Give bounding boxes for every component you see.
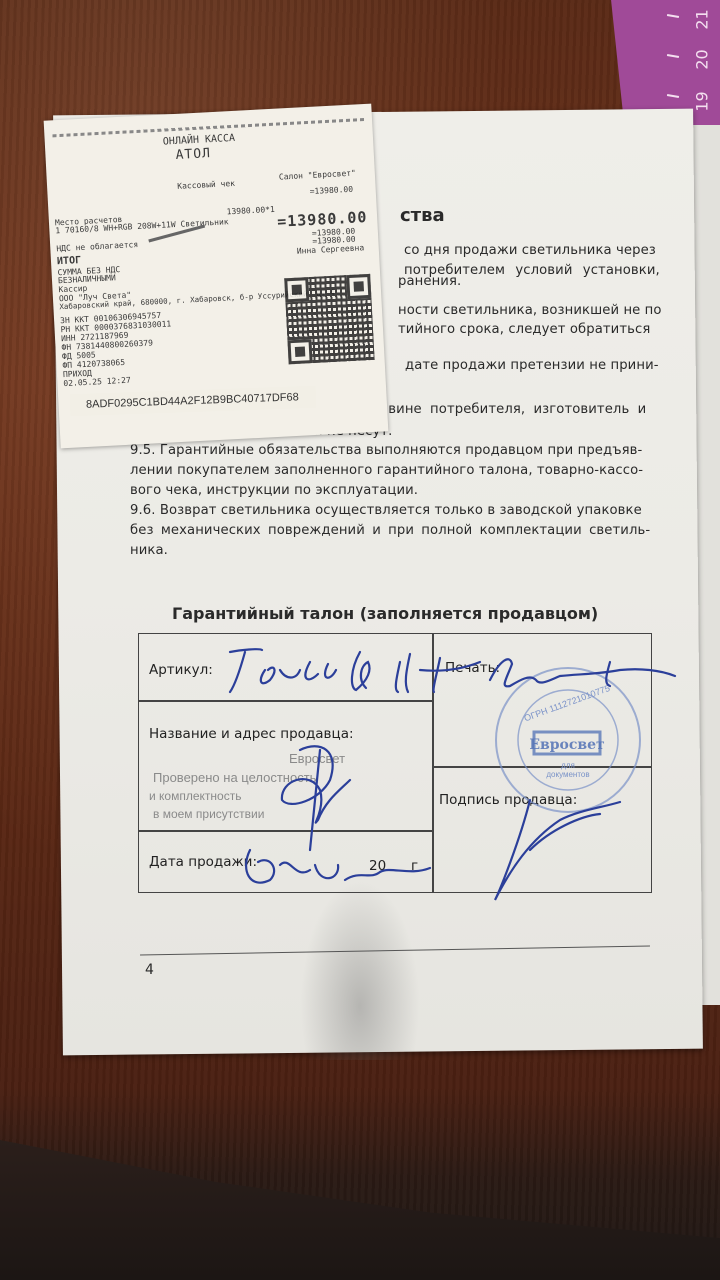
- receipt-salon: Салон "Евросвет": [279, 169, 356, 182]
- paragraph-line: ника.: [130, 543, 168, 558]
- paragraph-line: дате продажи претензии не прини-: [405, 358, 659, 373]
- section-heading: ства: [400, 205, 445, 226]
- ruler-number: 20: [693, 49, 712, 69]
- ruler-tick: [667, 94, 679, 98]
- warranty-card-title: Гарантийный талон (заполняется продавцом…: [172, 604, 598, 623]
- receipt-cashier-name: Инна Сергеевна: [297, 243, 365, 256]
- ruler-number: 19: [693, 91, 712, 111]
- receipt-brand: АТОЛ: [175, 146, 211, 163]
- page-number: 4: [145, 962, 154, 978]
- ruler-tick: [667, 14, 679, 18]
- receipt-itog-label: ИТОГ: [57, 255, 82, 267]
- paragraph-line: вого чека, инструкции по эксплуатации.: [130, 483, 418, 498]
- handwriting-ink: [200, 640, 690, 920]
- paragraph-line: тийного срока, следует обратиться: [398, 322, 650, 337]
- paragraph-line: ности светильника, возникшей не по: [398, 303, 662, 318]
- paragraph-line: 9.6. Возврат светильника осуществляется …: [130, 503, 642, 518]
- receipt-qr-code: [284, 274, 374, 364]
- receipt-line-total: =13980.00: [309, 185, 353, 196]
- receipt-header-small: ОНЛАЙН КАССА: [163, 133, 236, 148]
- receipt-doc-type: Кассовый чек: [177, 179, 235, 191]
- ruler-number: 21: [693, 9, 712, 29]
- paragraph-line: лении покупателем заполненного гарантийн…: [130, 463, 643, 478]
- receipt-marking-code: 8ADF0295C1BD44A2F12B9BC40717DF68: [86, 391, 299, 410]
- receipt-fp: ФП 4120738065: [62, 358, 125, 370]
- ruler-tick: [667, 54, 679, 58]
- paragraph-line: без механических повреждений и при полно…: [130, 523, 650, 538]
- paragraph-line: ранения.: [398, 274, 461, 289]
- paragraph-line: со дня продажи светильника через: [404, 243, 656, 258]
- receipt-item-qty-price: 13980.00*1: [226, 205, 275, 217]
- receipt-vat-label: НДС не облагается: [56, 240, 138, 253]
- paragraph-line: 9.5. Гарантийные обязательства выполняют…: [130, 443, 642, 458]
